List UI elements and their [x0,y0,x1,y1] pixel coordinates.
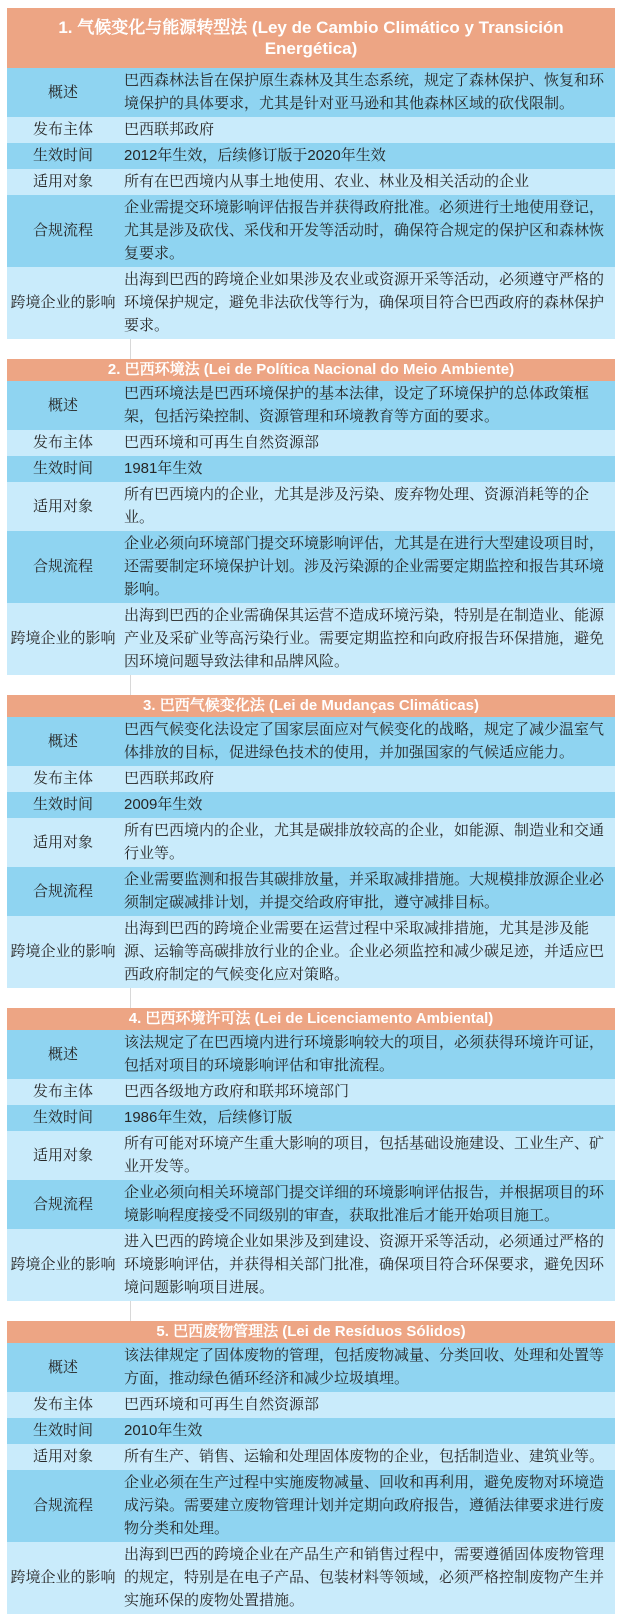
row-value: 巴西各级地方政府和联邦环境部门 [119,1079,615,1105]
row-label: 适用对象 [7,1131,119,1180]
row-label: 生效时间 [7,792,119,818]
row-label: 发布主体 [7,117,119,143]
row-label: 跨境企业的影响 [7,603,119,675]
row-label: 合规流程 [7,1470,119,1542]
table-row: 生效时间 1986年生效，后续修订版 [7,1105,615,1131]
row-value: 2009年生效 [119,792,615,818]
row-label: 生效时间 [7,1418,119,1444]
table-row: 发布主体 巴西联邦政府 [7,766,615,792]
section-gap [7,988,615,1008]
row-value: 出海到巴西的跨境企业需要在运营过程中采取减排措施，尤其是涉及能源、运输等高碳排放… [119,916,615,988]
table-row: 发布主体 巴西联邦政府 [7,117,615,143]
row-label: 发布主体 [7,1392,119,1418]
row-value: 进入巴西的跨境企业如果涉及到建设、资源开采等活动，必须通过严格的环境影响评估，并… [119,1229,615,1301]
row-label: 合规流程 [7,195,119,267]
section-title: 5. 巴西废物管理法 (Lei de Resíduos Sólidos) [7,1321,615,1343]
table-row: 跨境企业的影响 出海到巴西的跨境企业在产品生产和销售过程中，需要遵循固体废物管理… [7,1542,615,1614]
law-section-2: 2. 巴西环境法 (Lei de Política Nacional do Me… [7,359,615,675]
row-label: 合规流程 [7,1180,119,1229]
row-value: 出海到巴西的企业需确保其运营不造成环境污染，特别是在制造业、能源产业及采矿业等高… [119,603,615,675]
row-label: 发布主体 [7,766,119,792]
table-row: 合规流程 企业必须在生产过程中实施废物减量、回收和再利用，避免废物对环境造成污染… [7,1470,615,1542]
row-value: 企业必须向相关环境部门提交详细的环境影响评估报告，并根据项目的环境影响程度接受不… [119,1180,615,1229]
row-label: 跨境企业的影响 [7,1542,119,1614]
row-value: 出海到巴西的跨境企业如果涉及农业或资源开采等活动，必须遵守严格的环境保护规定，避… [119,267,615,339]
section-title: 2. 巴西环境法 (Lei de Política Nacional do Me… [7,359,615,381]
table-row: 概述 巴西气候变化法设定了国家层面应对气候变化的战略，规定了减少温室气体排放的目… [7,717,615,766]
row-value: 巴西气候变化法设定了国家层面应对气候变化的战略，规定了减少温室气体排放的目标，促… [119,717,615,766]
row-value: 所有可能对环境产生重大影响的项目，包括基础设施建设、工业生产、矿业开发等。 [119,1131,615,1180]
row-value: 2012年生效，后续修订版于2020年生效 [119,143,615,169]
row-value: 1981年生效 [119,456,615,482]
section-gap [7,1301,615,1321]
row-label: 概述 [7,717,119,766]
section-title: 1. 气候变化与能源转型法 (Ley de Cambio Climático y… [7,8,615,68]
table-row: 生效时间 2009年生效 [7,792,615,818]
row-label: 概述 [7,381,119,430]
row-label: 跨境企业的影响 [7,1229,119,1301]
row-value: 企业需提交环境影响评估报告并获得政府批准。必须进行土地使用登记，尤其是涉及砍伐、… [119,195,615,267]
row-label: 生效时间 [7,1105,119,1131]
law-section-4: 4. 巴西环境许可法 (Lei de Licenciamento Ambient… [7,1008,615,1301]
document: 1. 气候变化与能源转型法 (Ley de Cambio Climático y… [0,0,622,1616]
row-label: 概述 [7,1030,119,1079]
law-section-5: 5. 巴西废物管理法 (Lei de Resíduos Sólidos) 概述 … [7,1321,615,1614]
table-row: 生效时间 1981年生效 [7,456,615,482]
row-value: 巴西环境和可再生自然资源部 [119,430,615,456]
table-row: 跨境企业的影响 出海到巴西的跨境企业如果涉及农业或资源开采等活动，必须遵守严格的… [7,267,615,339]
law-section-3: 3. 巴西气候变化法 (Lei de Mudanças Climáticas) … [7,695,615,988]
table-row: 适用对象 所有巴西境内的企业，尤其是涉及污染、废弃物处理、资源消耗等的企业。 [7,482,615,531]
table-row: 生效时间 2012年生效，后续修订版于2020年生效 [7,143,615,169]
gap-divider [7,675,131,695]
row-value: 该法律规定了固体废物的管理，包括废物减量、分类回收、处理和处置等方面，推动绿色循… [119,1343,615,1392]
row-value: 巴西联邦政府 [119,117,615,143]
table-row: 概述 该法规定了在巴西境内进行环境影响较大的项目，必须获得环境许可证，包括对项目… [7,1030,615,1079]
row-label: 发布主体 [7,430,119,456]
row-label: 适用对象 [7,169,119,195]
gap-divider [7,1301,131,1321]
section-gap [7,675,615,695]
table-row: 适用对象 所有生产、销售、运输和处理固体废物的企业，包括制造业、建筑业等。 [7,1444,615,1470]
table-row: 生效时间 2010年生效 [7,1418,615,1444]
row-label: 合规流程 [7,531,119,603]
table-row: 发布主体 巴西环境和可再生自然资源部 [7,430,615,456]
gap-divider [7,988,131,1008]
table-row: 概述 巴西环境法是巴西环境保护的基本法律，设定了环境保护的总体政策框架，包括污染… [7,381,615,430]
table-row: 跨境企业的影响 进入巴西的跨境企业如果涉及到建设、资源开采等活动，必须通过严格的… [7,1229,615,1301]
row-value: 该法规定了在巴西境内进行环境影响较大的项目，必须获得环境许可证，包括对项目的环境… [119,1030,615,1079]
row-value: 1986年生效，后续修订版 [119,1105,615,1131]
row-label: 概述 [7,1343,119,1392]
law-section-1: 1. 气候变化与能源转型法 (Ley de Cambio Climático y… [7,8,615,339]
table-row: 适用对象 所有巴西境内的企业，尤其是碳排放较高的企业，如能源、制造业和交通行业等… [7,818,615,867]
row-value: 所有巴西境内的企业，尤其是碳排放较高的企业，如能源、制造业和交通行业等。 [119,818,615,867]
row-label: 适用对象 [7,818,119,867]
row-label: 发布主体 [7,1079,119,1105]
table-row: 概述 巴西森林法旨在保护原生森林及其生态系统，规定了森林保护、恢复和环境保护的具… [7,68,615,117]
row-value: 巴西联邦政府 [119,766,615,792]
table-row: 适用对象 所有可能对环境产生重大影响的项目，包括基础设施建设、工业生产、矿业开发… [7,1131,615,1180]
row-value: 企业需要监测和报告其碳排放量，并采取减排措施。大规模排放源企业必须制定碳减排计划… [119,867,615,916]
row-value: 所有巴西境内的企业，尤其是涉及污染、废弃物处理、资源消耗等的企业。 [119,482,615,531]
row-label: 生效时间 [7,456,119,482]
gap-divider [7,339,131,359]
row-value: 所有在巴西境内从事土地使用、农业、林业及相关活动的企业 [119,169,615,195]
table-row: 概述 该法律规定了固体废物的管理，包括废物减量、分类回收、处理和处置等方面，推动… [7,1343,615,1392]
table-row: 合规流程 企业需提交环境影响评估报告并获得政府批准。必须进行土地使用登记，尤其是… [7,195,615,267]
row-value: 2010年生效 [119,1418,615,1444]
row-value: 巴西森林法旨在保护原生森林及其生态系统，规定了森林保护、恢复和环境保护的具体要求… [119,68,615,117]
row-label: 生效时间 [7,143,119,169]
section-title: 4. 巴西环境许可法 (Lei de Licenciamento Ambient… [7,1008,615,1030]
table-row: 发布主体 巴西环境和可再生自然资源部 [7,1392,615,1418]
row-label: 合规流程 [7,867,119,916]
table-row: 适用对象 所有在巴西境内从事土地使用、农业、林业及相关活动的企业 [7,169,615,195]
row-label: 概述 [7,68,119,117]
row-label: 跨境企业的影响 [7,916,119,988]
row-label: 适用对象 [7,1444,119,1470]
section-title: 3. 巴西气候变化法 (Lei de Mudanças Climáticas) [7,695,615,717]
section-gap [7,339,615,359]
row-value: 所有生产、销售、运输和处理固体废物的企业，包括制造业、建筑业等。 [119,1444,615,1470]
table-row: 合规流程 企业必须向环境部门提交环境影响评估，尤其是在进行大型建设项目时，还需要… [7,531,615,603]
table-row: 合规流程 企业必须向相关环境部门提交详细的环境影响评估报告，并根据项目的环境影响… [7,1180,615,1229]
row-value: 巴西环境和可再生自然资源部 [119,1392,615,1418]
table-row: 跨境企业的影响 出海到巴西的跨境企业需要在运营过程中采取减排措施，尤其是涉及能源… [7,916,615,988]
table-row: 发布主体 巴西各级地方政府和联邦环境部门 [7,1079,615,1105]
row-label: 适用对象 [7,482,119,531]
table-row: 合规流程 企业需要监测和报告其碳排放量，并采取减排措施。大规模排放源企业必须制定… [7,867,615,916]
row-value: 企业必须在生产过程中实施废物减量、回收和再利用，避免废物对环境造成污染。需要建立… [119,1470,615,1542]
row-label: 跨境企业的影响 [7,267,119,339]
row-value: 企业必须向环境部门提交环境影响评估，尤其是在进行大型建设项目时，还需要制定环境保… [119,531,615,603]
row-value: 巴西环境法是巴西环境保护的基本法律，设定了环境保护的总体政策框架，包括污染控制、… [119,381,615,430]
row-value: 出海到巴西的跨境企业在产品生产和销售过程中，需要遵循固体废物管理的规定，特别是在… [119,1542,615,1614]
table-row: 跨境企业的影响 出海到巴西的企业需确保其运营不造成环境污染，特别是在制造业、能源… [7,603,615,675]
